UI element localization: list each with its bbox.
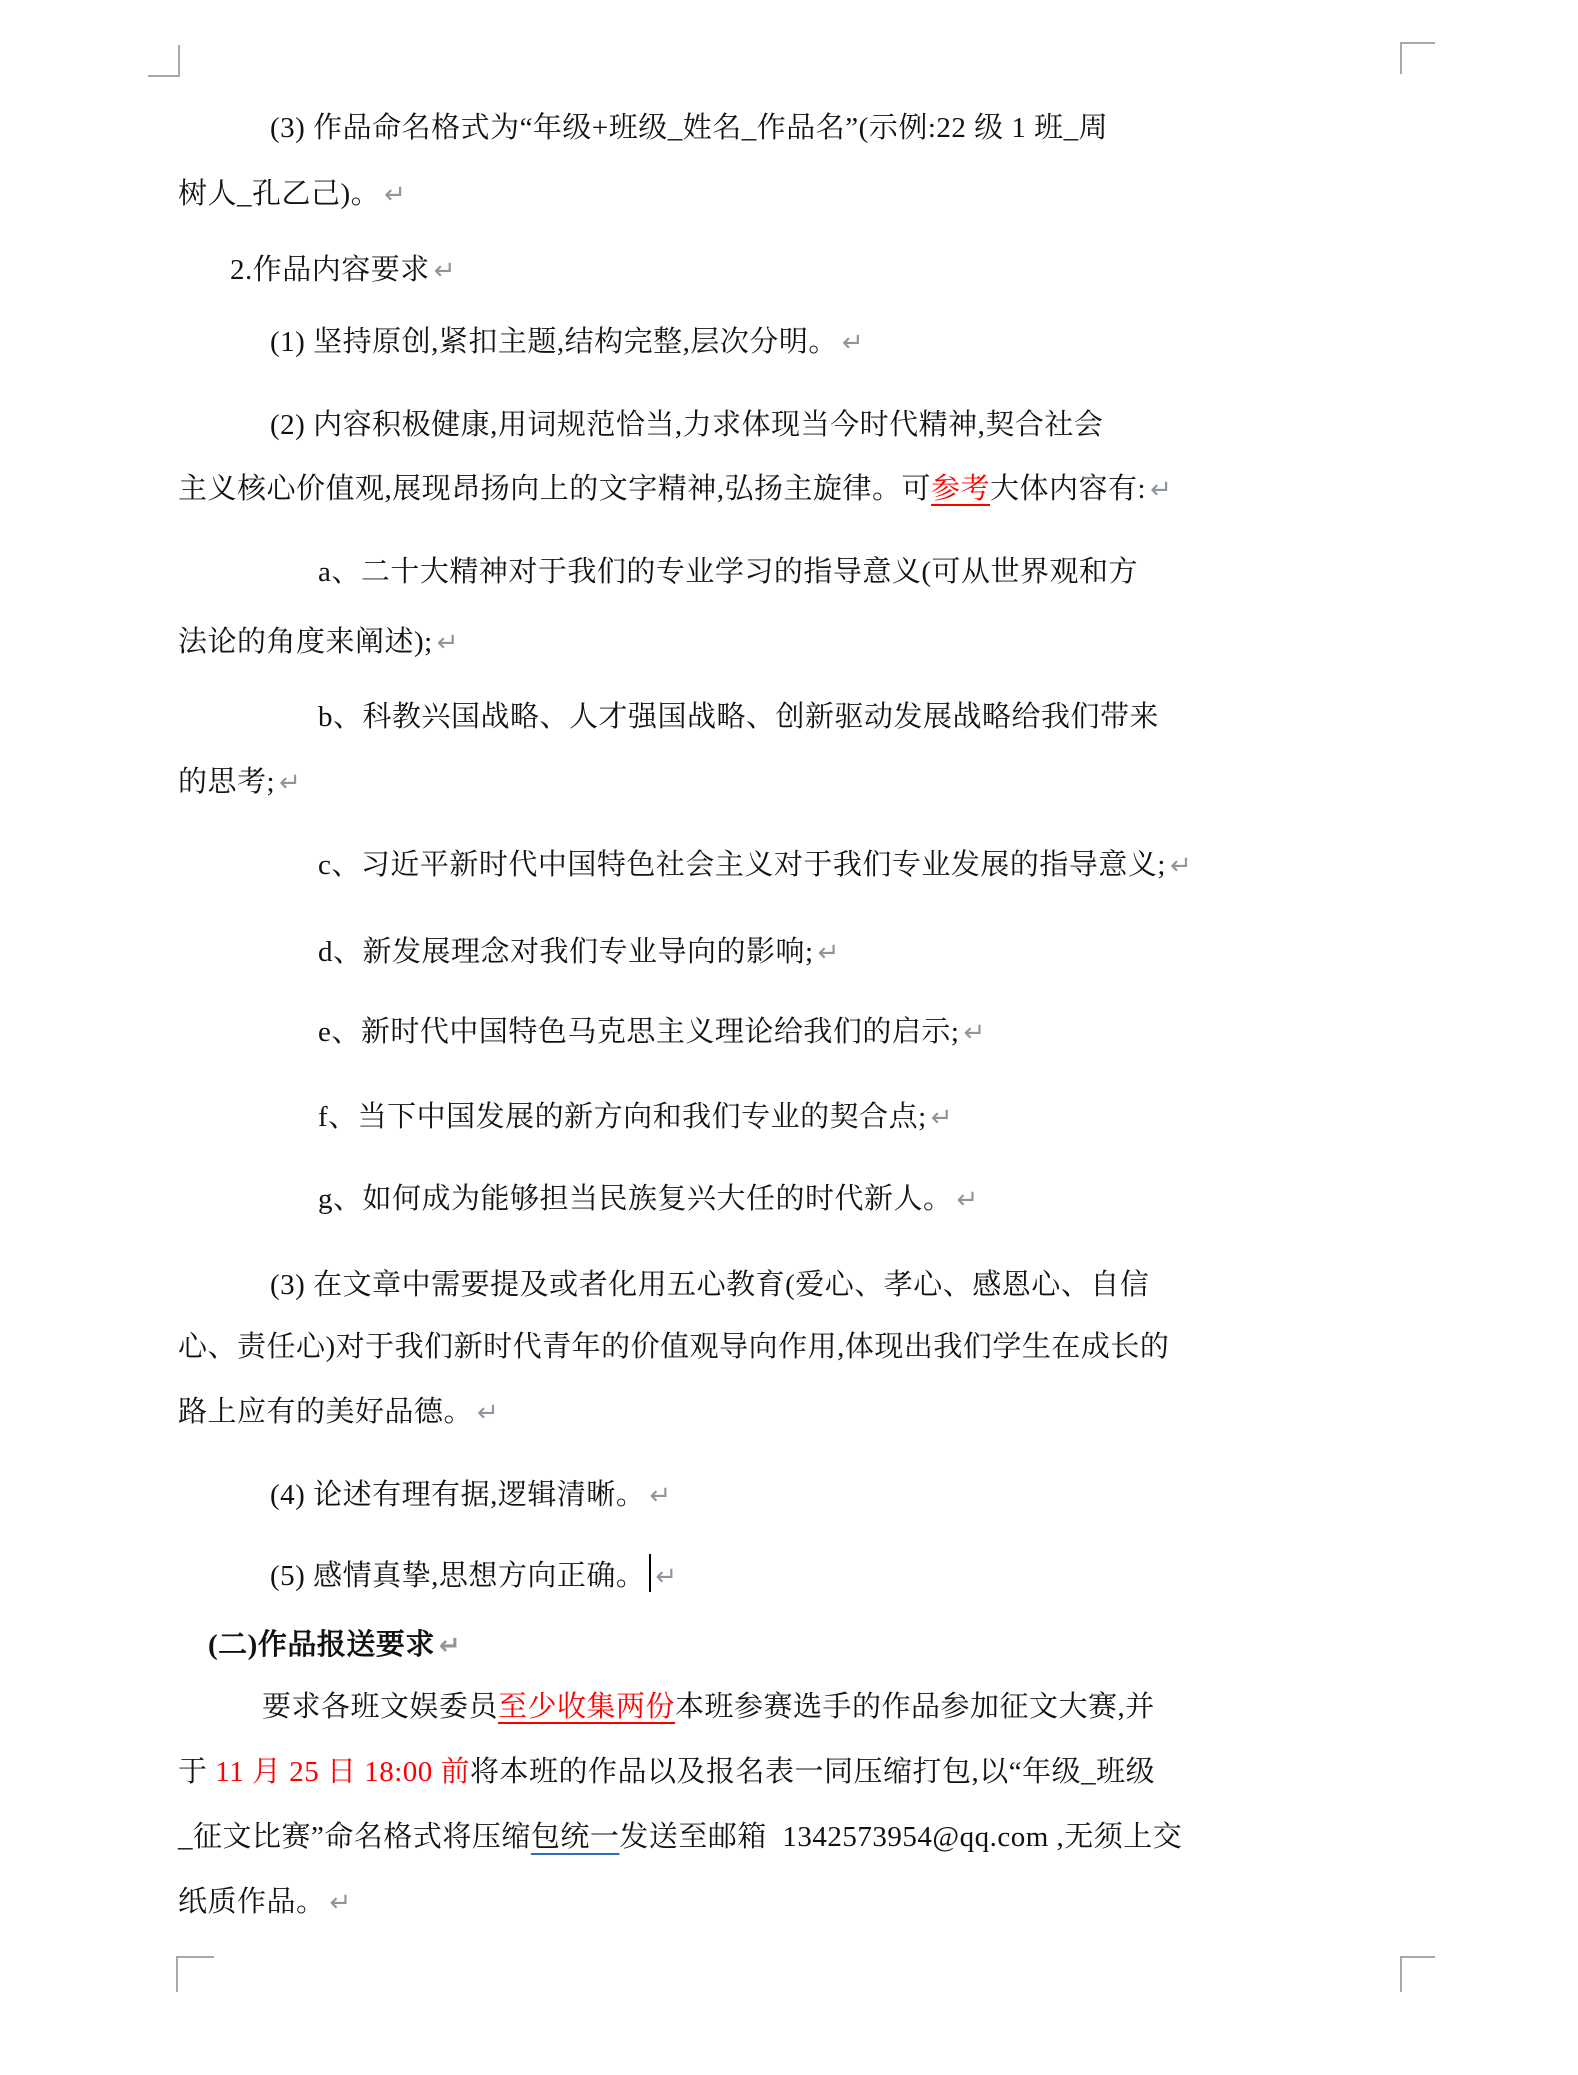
text-line[interactable]: 主义核心价值观,展现昂扬向上的文字精神,弘扬主旋律。可参考大体内容有:↵ (178, 471, 1418, 509)
body-text: b、科教兴国战略、人才强国战略、创新驱动发展战略给我们带来 (318, 701, 1159, 733)
body-text: 的思考; (178, 766, 275, 798)
text-line[interactable]: 路上应有的美好品德。↵ (178, 1394, 1418, 1432)
paragraph-mark-icon: ↵ (649, 1481, 671, 1511)
body-text: 要求各班文娱委员 (262, 1691, 498, 1723)
body-text: 路上应有的美好品德。 (178, 1396, 473, 1428)
body-text: (5) 感情真挚,思想方向正确。 (270, 1560, 645, 1592)
text-line[interactable]: d、新发展理念对我们专业导向的影响;↵ (178, 934, 1558, 972)
body-text: 大体内容有: (990, 473, 1146, 505)
page-corner-mark-top-right (1400, 42, 1435, 74)
body-text: (1) 坚持原创,紧扣主题,结构完整,层次分明。 (270, 326, 838, 358)
paragraph-mark-icon: ↵ (1170, 851, 1192, 881)
paragraph-mark-icon: ↵ (818, 938, 840, 968)
paragraph-mark-icon: ↵ (931, 1103, 953, 1133)
highlighted-text: 包统一 (531, 1821, 620, 1853)
text-line[interactable]: g、如何成为能够担当民族复兴大任的时代新人。↵ (178, 1181, 1558, 1219)
page-corner-mark-top-left (148, 45, 180, 77)
highlighted-text: 11 月 25 日 18:00 前 (215, 1756, 470, 1788)
paragraph-mark-icon: ↵ (279, 768, 301, 798)
paragraph-mark-icon: ↵ (434, 256, 456, 286)
text-line[interactable]: 法论的角度来阐述);↵ (178, 624, 1418, 662)
text-line[interactable]: f、当下中国发展的新方向和我们专业的契合点;↵ (178, 1099, 1558, 1137)
body-text: 2.作品内容要求 (230, 254, 430, 286)
body-text: 本班参赛选手的作品参加征文大赛,并 (675, 1691, 1155, 1723)
paragraph-mark-icon: ↵ (842, 328, 864, 358)
body-text: e、新时代中国特色马克思主义理论给我们的启示; (318, 1016, 959, 1048)
text-line[interactable]: 要求各班文娱委员至少收集两份本班参赛选手的作品参加征文大赛,并 (178, 1689, 1502, 1726)
body-text: (二)作品报送要求 (208, 1629, 435, 1661)
paragraph-mark-icon: ↵ (957, 1185, 979, 1215)
text-line[interactable]: e、新时代中国特色马克思主义理论给我们的启示;↵ (178, 1014, 1558, 1052)
body-text: a、二十大精神对于我们的专业学习的指导意义(可从世界观和方 (318, 556, 1138, 588)
text-line[interactable]: 纸质作品。↵ (178, 1884, 1418, 1922)
text-line[interactable]: (1) 坚持原创,紧扣主题,结构完整,层次分明。↵ (178, 324, 1510, 362)
body-text: 纸质作品。 (178, 1886, 326, 1918)
paragraph-mark-icon: ↵ (963, 1018, 985, 1048)
text-line[interactable]: _征文比赛”命名格式将压缩包统一发送至邮箱 1342573954@qq.com … (178, 1819, 1418, 1856)
text-line[interactable]: 于 11 月 25 日 18:00 前将本班的作品以及报名表一同压缩打包,以“年… (178, 1754, 1418, 1791)
text-line[interactable]: 树人_孔乙己)。↵ (178, 176, 1418, 214)
text-line[interactable]: (4) 论述有理有据,逻辑清晰。↵ (178, 1477, 1510, 1515)
text-line[interactable]: (5) 感情真挚,思想方向正确。↵ (178, 1554, 1510, 1596)
paragraph-mark-icon: ↵ (384, 180, 406, 210)
body-text: (3) 作品命名格式为“年级+班级_姓名_作品名”(示例:22 级 1 班_周 (270, 112, 1108, 144)
text-line[interactable]: (3) 在文章中需要提及或者化用五心教育(爱心、孝心、感恩心、自信 (178, 1267, 1510, 1304)
paragraph-mark-icon: ↵ (330, 1888, 352, 1918)
body-text: 法论的角度来阐述); (178, 626, 433, 658)
body-text: 将本班的作品以及报名表一同压缩打包,以“年级_班级 (470, 1756, 1155, 1788)
page-corner-mark-bottom-right (1400, 1956, 1435, 1992)
body-text: 发送至邮箱 1342573954@qq.com ,无须上交 (619, 1821, 1182, 1853)
highlighted-text: 至少收集两份 (498, 1691, 675, 1723)
paragraph-mark-icon: ↵ (1150, 475, 1172, 505)
body-text: _征文比赛”命名格式将压缩 (178, 1821, 531, 1853)
paragraph-mark-icon: ↵ (477, 1398, 499, 1428)
page-corner-mark-bottom-left (176, 1956, 214, 1992)
body-text: 于 (178, 1756, 215, 1788)
body-text: g、如何成为能够担当民族复兴大任的时代新人。 (318, 1183, 953, 1215)
text-line[interactable]: a、二十大精神对于我们的专业学习的指导意义(可从世界观和方 (178, 554, 1558, 591)
text-line[interactable]: b、科教兴国战略、人才强国战略、创新驱动发展战略给我们带来 (178, 699, 1558, 736)
text-line[interactable]: (3) 作品命名格式为“年级+班级_姓名_作品名”(示例:22 级 1 班_周 (178, 110, 1510, 147)
paragraph-mark-icon: ↵ (655, 1562, 677, 1592)
body-text: (4) 论述有理有据,逻辑清晰。 (270, 1479, 645, 1511)
text-line[interactable]: (二)作品报送要求↵ (178, 1627, 1448, 1665)
text-cursor (649, 1554, 651, 1592)
document-page[interactable]: (3) 作品命名格式为“年级+班级_姓名_作品名”(示例:22 级 1 班_周树… (0, 0, 1578, 2075)
body-text: 主义核心价值观,展现昂扬向上的文字精神,弘扬主旋律。可 (178, 473, 931, 505)
paragraph-mark-icon: ↵ (437, 628, 459, 658)
paragraph-mark-icon: ↵ (439, 1631, 461, 1661)
body-text: (2) 内容积极健康,用词规范恰当,力求体现当今时代精神,契合社会 (270, 409, 1103, 441)
body-text: 树人_孔乙己)。 (178, 178, 380, 210)
text-line[interactable]: (2) 内容积极健康,用词规范恰当,力求体现当今时代精神,契合社会 (178, 407, 1510, 444)
body-text: (3) 在文章中需要提及或者化用五心教育(爱心、孝心、感恩心、自信 (270, 1269, 1149, 1301)
text-line[interactable]: 2.作品内容要求↵ (178, 252, 1470, 290)
body-text: f、当下中国发展的新方向和我们专业的契合点; (318, 1101, 927, 1133)
text-line[interactable]: 心、责任心)对于我们新时代青年的价值观导向作用,体现出我们学生在成长的 (178, 1329, 1418, 1366)
body-text: 心、责任心)对于我们新时代青年的价值观导向作用,体现出我们学生在成长的 (178, 1331, 1169, 1363)
highlighted-text: 参考 (931, 473, 990, 505)
text-line[interactable]: 的思考;↵ (178, 764, 1418, 802)
body-text: c、习近平新时代中国特色社会主义对于我们专业发展的指导意义; (318, 849, 1166, 881)
body-text: d、新发展理念对我们专业导向的影响; (318, 936, 814, 968)
text-line[interactable]: c、习近平新时代中国特色社会主义对于我们专业发展的指导意义;↵ (178, 847, 1558, 885)
